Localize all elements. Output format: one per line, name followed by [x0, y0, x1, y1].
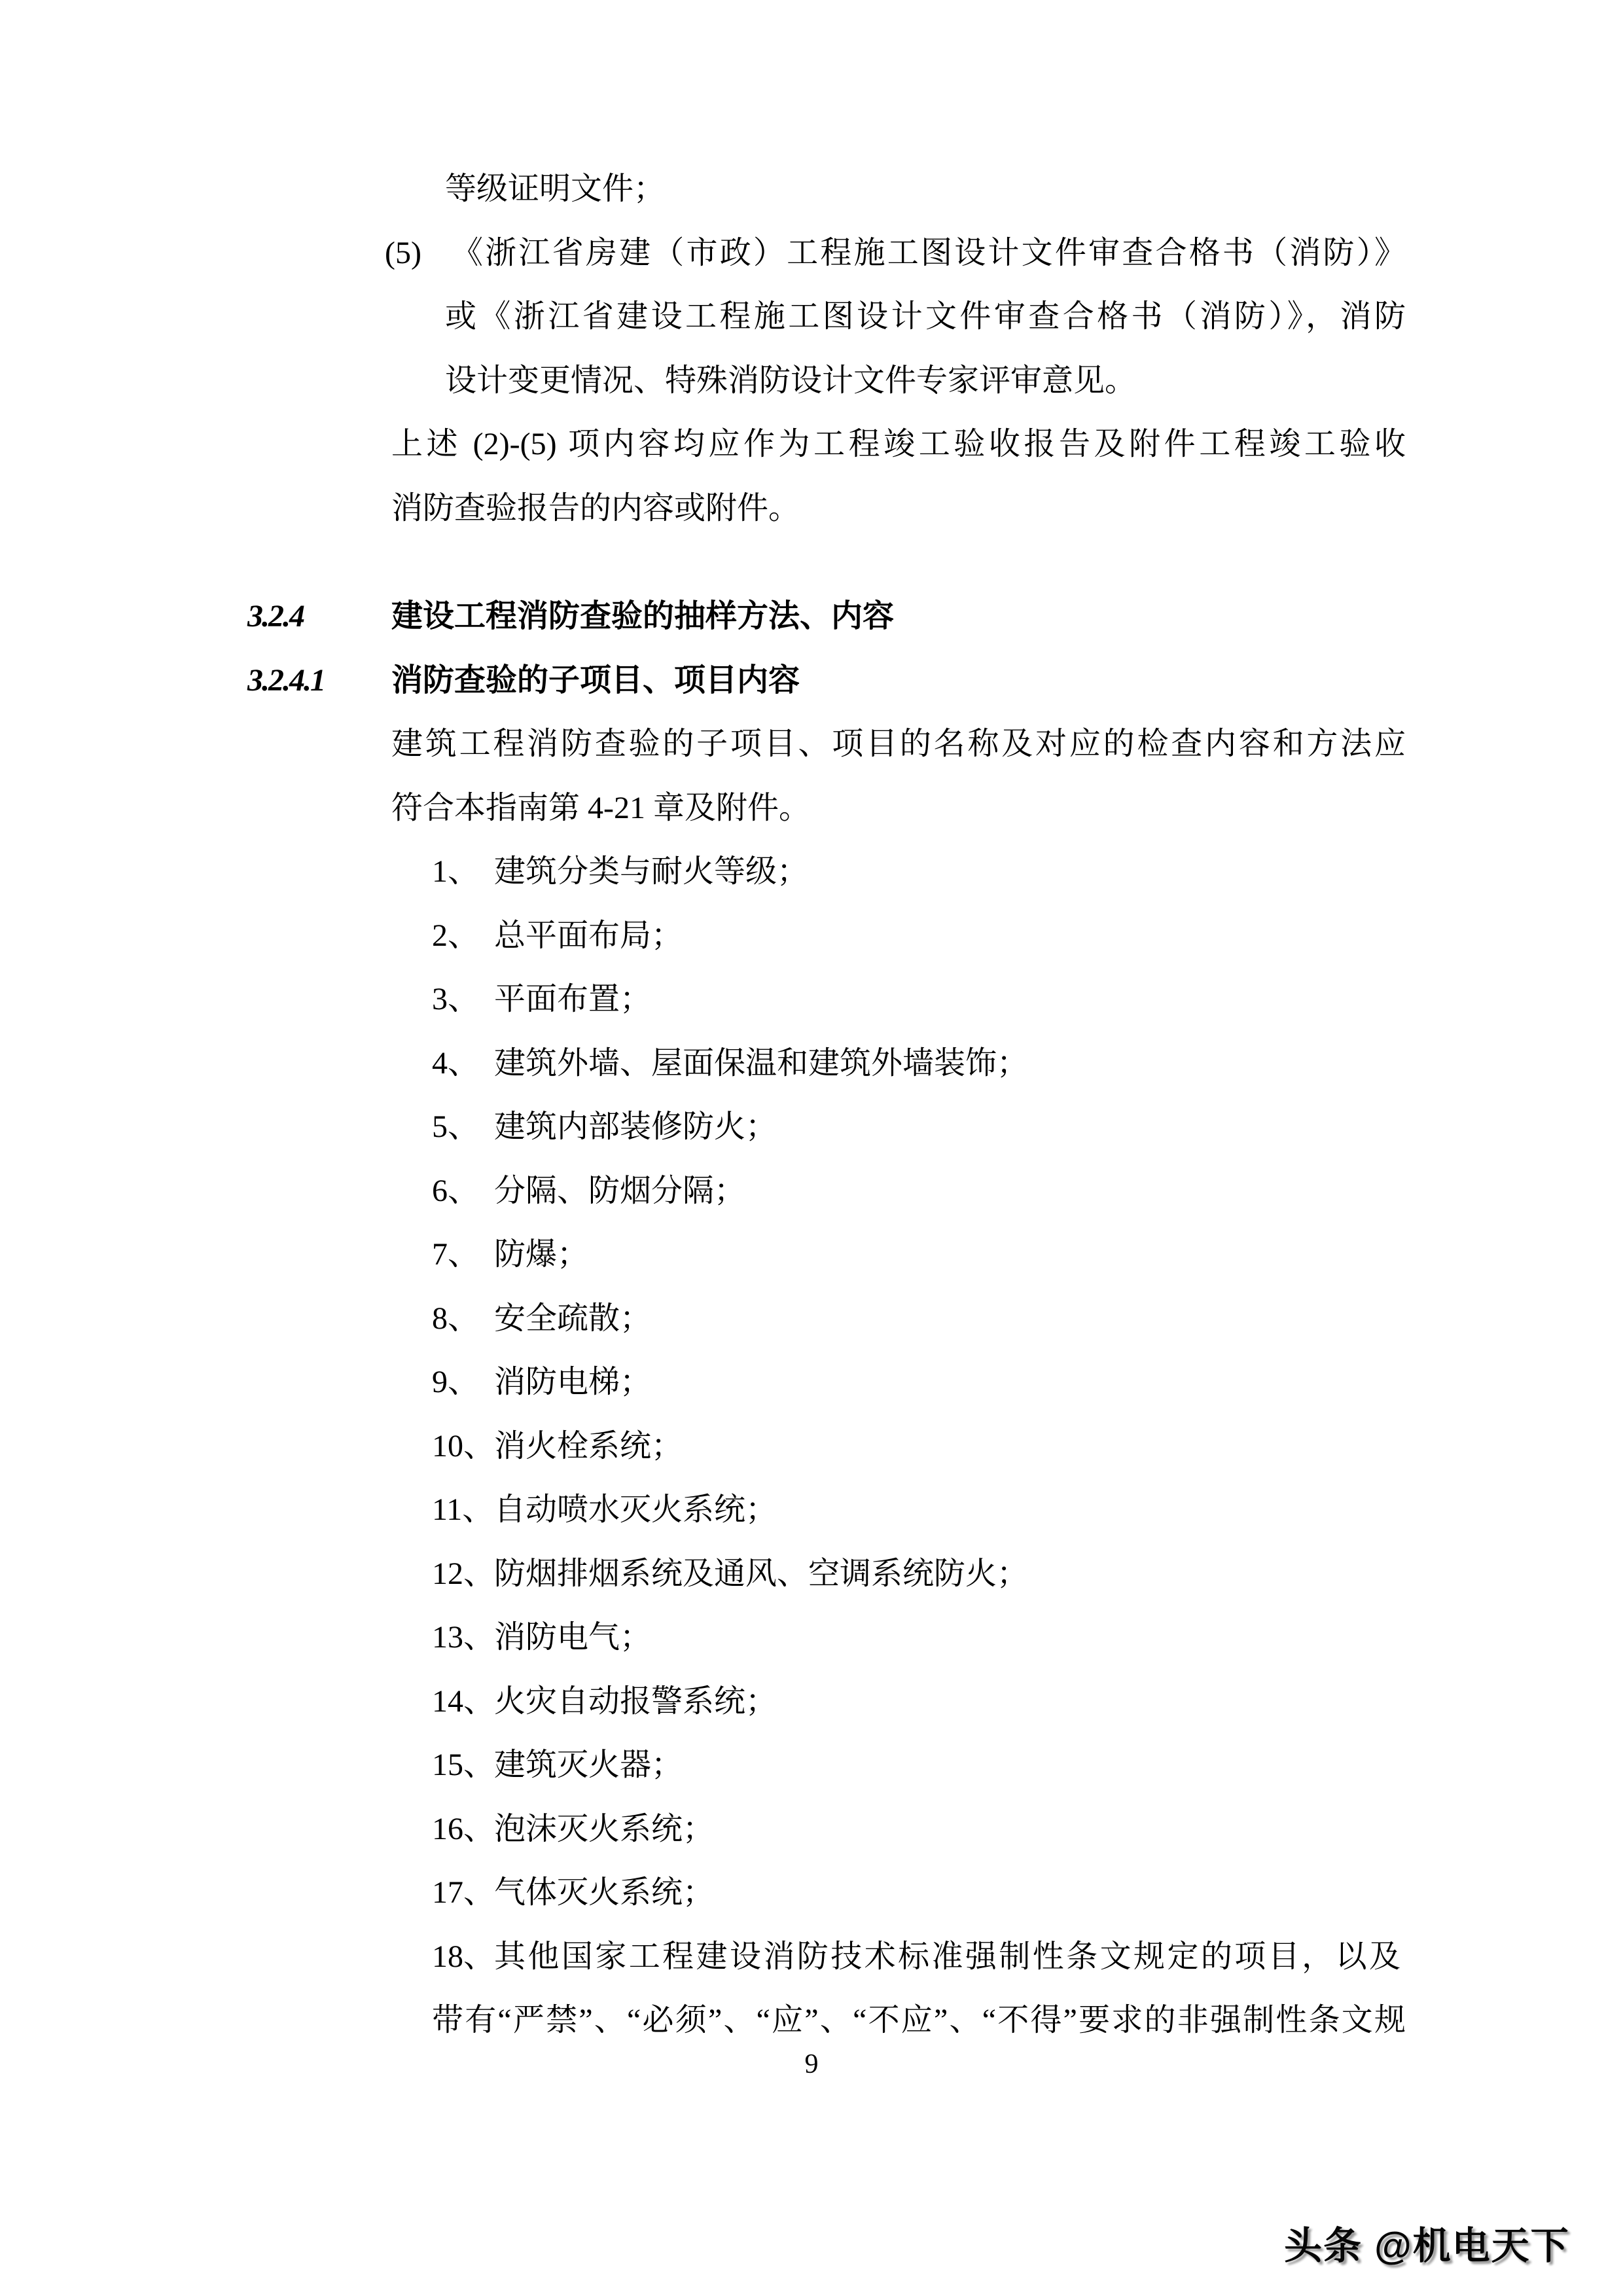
list-item: 1、建筑分类与耐火等级；	[494, 840, 1623, 904]
list-item: 17、气体灭火系统；	[494, 1861, 1623, 1925]
list-item: 8、安全疏散；	[494, 1287, 1623, 1351]
list-item-number: 2、	[432, 904, 479, 968]
list-item: 18、其他国家工程建设消防技术标准强制性条文规定的项目，以及	[494, 1925, 1400, 1989]
list-item-text: 消防电气；	[494, 1620, 651, 1655]
section-heading-3241: 3.2.4.1消防查验的子项目、项目内容	[391, 649, 1623, 713]
list-item-number: 9、	[432, 1350, 479, 1414]
list-item-text: 安全疏散；	[494, 1301, 651, 1336]
list-item: 13、消防电气；	[494, 1605, 1623, 1670]
list-item-text: 消火栓系统；	[494, 1429, 683, 1463]
section-number: 3.2.4	[247, 584, 304, 649]
list-item-number: 5、	[432, 1095, 479, 1159]
list-item-number: 6、	[432, 1159, 479, 1223]
list-item: 3、平面布置；	[494, 967, 1623, 1031]
list-item: 2、总平面布局；	[494, 904, 1623, 968]
list-item: 15、建筑灭火器；	[494, 1733, 1623, 1797]
list-item-5-text: 《浙江省房建（市政）工程施工图设计文件审查合格书（消防）》	[452, 236, 1406, 270]
paragraph-continuation-line: 等级证明文件；	[445, 157, 1623, 221]
document-page: 等级证明文件； (5)《浙江省房建（市政）工程施工图设计文件审查合格书（消防）》…	[0, 0, 1623, 2296]
list-item: 14、火灾自动报警系统；	[494, 1670, 1623, 1734]
list-item-number: 10、	[432, 1414, 495, 1479]
list-item-5-line2: 或《浙江省建设工程施工图设计文件审查合格书（消防）》，消防	[445, 285, 1406, 349]
paragraph-line1: 建筑工程消防查验的子项目、项目的名称及对应的检查内容和方法应	[391, 712, 1406, 776]
summary-line2: 消防查验报告的内容或附件。	[391, 476, 1623, 541]
document-body: 等级证明文件； (5)《浙江省房建（市政）工程施工图设计文件审查合格书（消防）》…	[0, 157, 1623, 2096]
list-item-number: 14、	[432, 1670, 495, 1734]
list-item-number: 1、	[432, 840, 479, 904]
list-item-text: 平面布置；	[494, 982, 651, 1016]
list-item: 6、分隔、防烟分隔；	[494, 1159, 1623, 1223]
paragraph-line2: 符合本指南第 4-21 章及附件。	[391, 776, 1623, 840]
list-item-number: 4、	[432, 1031, 479, 1096]
summary-line1: 上述 (2)-(5) 项内容均应作为工程竣工验收报告及附件工程竣工验收	[391, 412, 1406, 476]
list-item-number: 11、	[432, 1478, 493, 1542]
list-item-5-line3: 设计变更情况、特殊消防设计文件专家评审意见。	[445, 349, 1623, 413]
section-number: 3.2.4.1	[247, 649, 325, 713]
list-item: 5、建筑内部装修防火；	[494, 1095, 1623, 1159]
list-item-number: 7、	[432, 1223, 479, 1287]
list-item-number: 17、	[432, 1861, 495, 1925]
list-item: 9、消防电梯；	[494, 1350, 1623, 1414]
list-item: 16、泡沫灭火系统；	[494, 1797, 1623, 1861]
list-item: 11、自动喷水灭火系统；	[494, 1478, 1623, 1542]
list-item-text: 建筑内部装修防火；	[494, 1109, 777, 1144]
list-item-5-label: (5)	[385, 221, 421, 285]
list-item-text: 其他国家工程建设消防技术标准强制性条文规定的项目，以及	[494, 1939, 1400, 1974]
list-item-text: 防烟排烟系统及通风、空调系统防火；	[494, 1556, 1028, 1591]
section-heading-324: 3.2.4建设工程消防查验的抽样方法、内容	[391, 584, 1623, 649]
list-item-5-line1: (5)《浙江省房建（市政）工程施工图设计文件审查合格书（消防）》	[452, 221, 1406, 285]
list-item-number: 3、	[432, 967, 479, 1031]
list-item-text: 自动喷水灭火系统；	[494, 1492, 777, 1527]
list-item-number: 15、	[432, 1733, 495, 1797]
list-item-text: 消防电梯；	[494, 1365, 651, 1399]
list-item-text: 建筑灭火器；	[494, 1748, 683, 1782]
list-item-number: 16、	[432, 1797, 495, 1861]
list-item-text: 气体灭火系统；	[494, 1875, 714, 1910]
list-item: 4、建筑外墙、屋面保温和建筑外墙装饰；	[494, 1031, 1623, 1096]
list-item-number: 13、	[432, 1605, 495, 1670]
list-item: 7、防爆；	[494, 1223, 1623, 1287]
list-item-number: 8、	[432, 1287, 479, 1351]
list-item-number: 12、	[432, 1542, 495, 1606]
section-gap	[0, 540, 1623, 584]
list-item-text: 防爆；	[494, 1237, 588, 1272]
list-item-18-continuation: 带有“严禁”、“必须”、“应”、“不应”、“不得”要求的非强制性条文规	[432, 1988, 1406, 2053]
list-item-number: 18、	[432, 1925, 495, 1989]
section-title: 建设工程消防查验的抽样方法、内容	[391, 599, 894, 634]
list-item: 10、消火栓系统；	[494, 1414, 1623, 1479]
list-item-text: 火灾自动报警系统；	[494, 1684, 777, 1719]
list-item-text: 建筑分类与耐火等级；	[494, 854, 808, 889]
list-item-text: 总平面布局；	[494, 918, 683, 953]
list-item-text: 分隔、防烟分隔；	[494, 1174, 745, 1208]
section-title: 消防查验的子项目、项目内容	[391, 663, 800, 698]
watermark: 头条 @机电天下	[1284, 2215, 1570, 2270]
list-item-text: 泡沫灭火系统；	[494, 1812, 714, 1846]
list-item: 12、防烟排烟系统及通风、空调系统防火；	[494, 1542, 1623, 1606]
list-item-text: 建筑外墙、屋面保温和建筑外墙装饰；	[494, 1046, 1028, 1081]
